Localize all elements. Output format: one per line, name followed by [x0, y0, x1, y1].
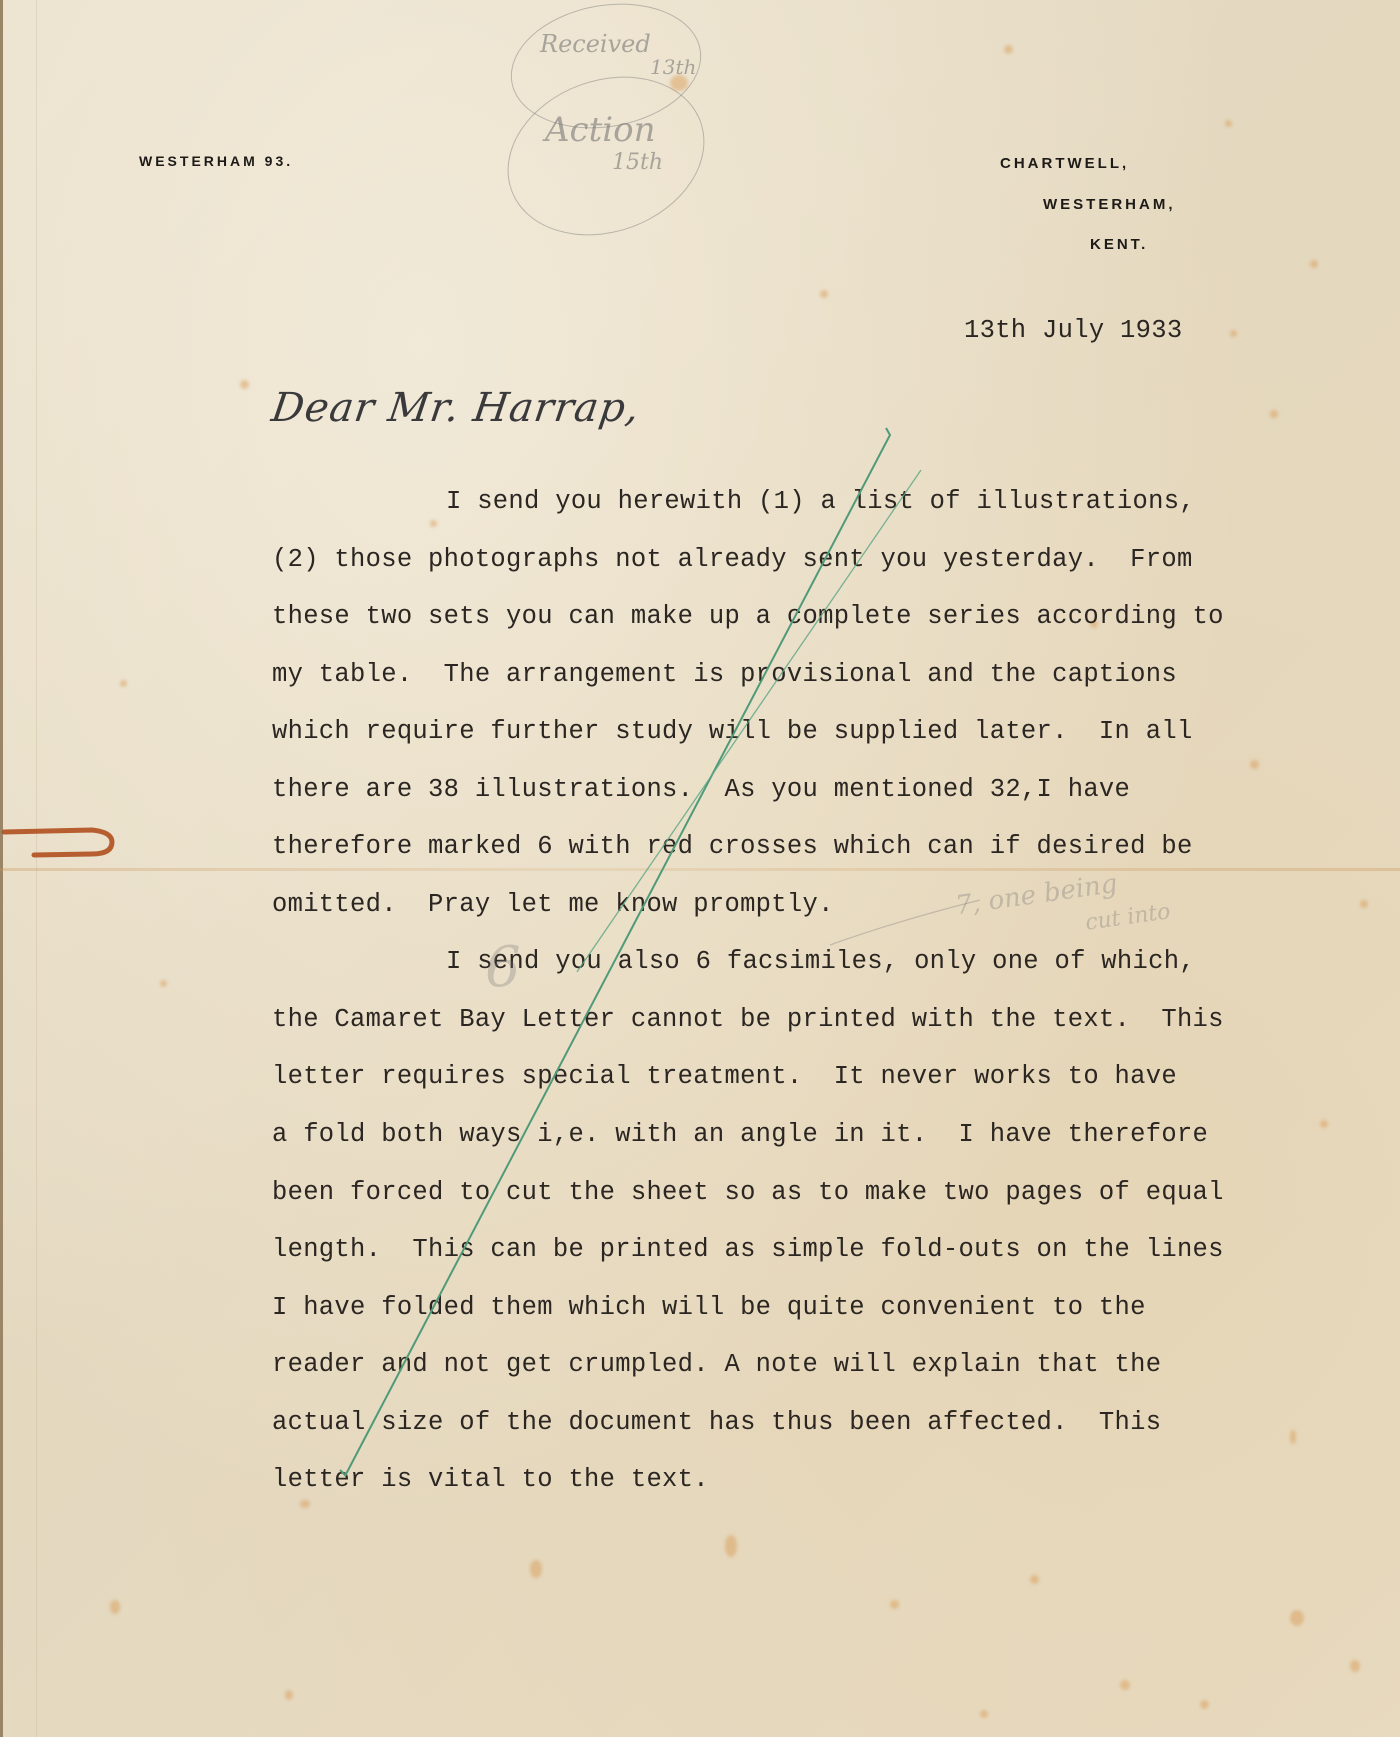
red-clip-mark-icon: [4, 830, 112, 855]
pen-marks: [0, 0, 1400, 1737]
green-strike-through-icon: [340, 428, 921, 1476]
pencil-line: [830, 900, 980, 945]
